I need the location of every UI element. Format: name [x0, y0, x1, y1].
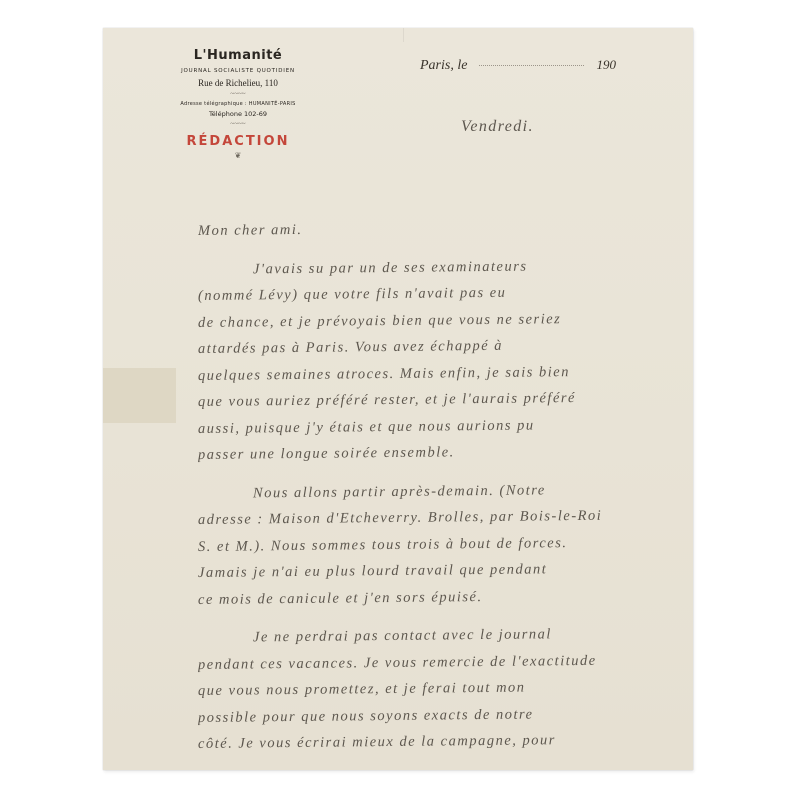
dateline: Paris, le 190: [420, 56, 616, 74]
department-heading: RÉDACTION: [138, 134, 338, 149]
ornament-icon: ❦: [138, 151, 338, 160]
newspaper-address: Rue de Richelieu, 110: [138, 78, 338, 88]
squiggle-divider-icon: ~~~~: [138, 90, 338, 98]
letterhead: L'Humanité JOURNAL SOCIALISTE QUOTIDIEN …: [138, 48, 338, 160]
letter-line: ce mois de canicule et j'en sors épuisé.: [198, 581, 693, 613]
newspaper-title: L'Humanité: [138, 48, 338, 63]
telegraph-address: Adresse télégraphique : HUMANITÉ-PARIS: [138, 101, 338, 107]
letter-line: passer une longue soirée ensemble.: [198, 437, 693, 469]
letter-body: Mon cher ami. J'avais su par un de ses e…: [198, 218, 693, 758]
newspaper-subtitle: JOURNAL SOCIALISTE QUOTIDIEN: [138, 68, 338, 74]
date-blank-line: [479, 65, 584, 66]
date-city: Paris, le: [420, 58, 467, 73]
salutation: Mon cher ami.: [198, 213, 693, 245]
letter-day: Vendredi.: [461, 118, 534, 136]
letter-sheet: L'Humanité JOURNAL SOCIALISTE QUOTIDIEN …: [103, 28, 693, 770]
date-year: 190: [596, 57, 616, 72]
squiggle-divider-icon: ~~~~: [138, 120, 338, 128]
paper-tab-strip: [103, 368, 176, 423]
letter-line: côté. Je vous écrirai mieux de la campag…: [198, 726, 693, 758]
telephone-number: Téléphone 102-69: [138, 110, 338, 118]
